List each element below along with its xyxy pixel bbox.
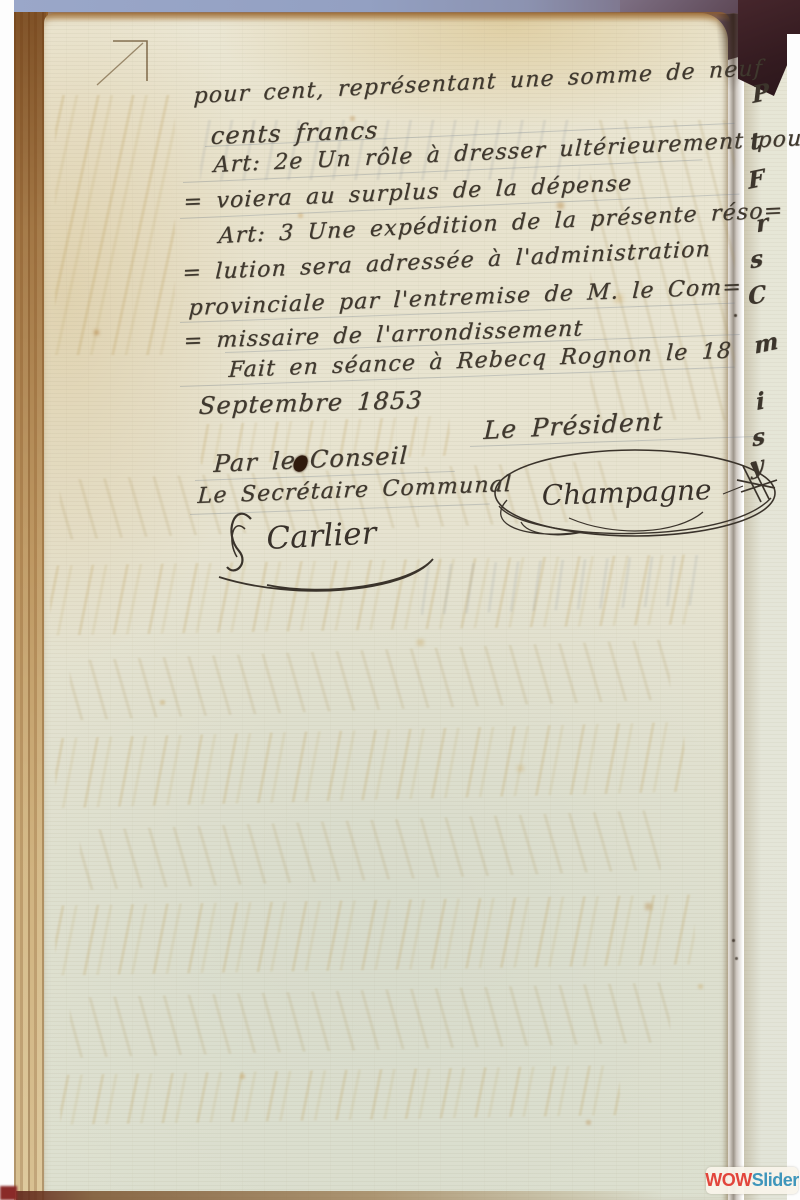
show-through-texture xyxy=(55,95,175,355)
cover-corner xyxy=(0,1186,17,1200)
wowslider-watermark[interactable]: WOWSlider xyxy=(706,1167,798,1194)
president-signature-name: Champagne xyxy=(541,473,712,512)
show-through-texture xyxy=(60,1065,621,1125)
watermark-wow-text: WOW xyxy=(705,1170,751,1191)
manuscript-line: Septembre 1853 xyxy=(198,386,424,420)
page-bottom-edge xyxy=(16,1191,664,1200)
page-top-edge xyxy=(46,12,730,22)
photo-border-right xyxy=(787,34,800,1200)
show-through-texture xyxy=(419,555,701,615)
manuscript-photo: pour cent, représentant une somme de neu… xyxy=(0,0,800,1200)
folded-corner-mark xyxy=(91,31,155,91)
watermark-slider-text: Slider xyxy=(752,1170,799,1191)
president-signature: Champagne xyxy=(485,438,785,550)
next-page-stroke: F xyxy=(747,164,765,195)
secretary-signature: Carlier xyxy=(205,505,445,590)
next-page-stroke: s xyxy=(751,423,766,453)
next-page-stroke: y xyxy=(749,451,764,481)
next-page-stroke: t xyxy=(749,127,761,156)
show-through-texture xyxy=(54,894,695,975)
next-page-stroke: P xyxy=(751,78,770,109)
photo-border-left xyxy=(0,0,14,1200)
manuscript-line: cents francs xyxy=(210,116,379,150)
next-page-stroke: r xyxy=(755,209,769,239)
page-fore-edges xyxy=(14,12,48,1200)
show-through-texture xyxy=(590,120,735,420)
next-page-stroke: C xyxy=(747,280,767,311)
secretary-signature-name: Carlier xyxy=(266,515,380,557)
next-page-stroke: i xyxy=(755,387,765,416)
next-page-stroke: m xyxy=(753,327,779,359)
next-page-stroke: s xyxy=(749,245,764,275)
foxing-spots xyxy=(0,0,1,1)
